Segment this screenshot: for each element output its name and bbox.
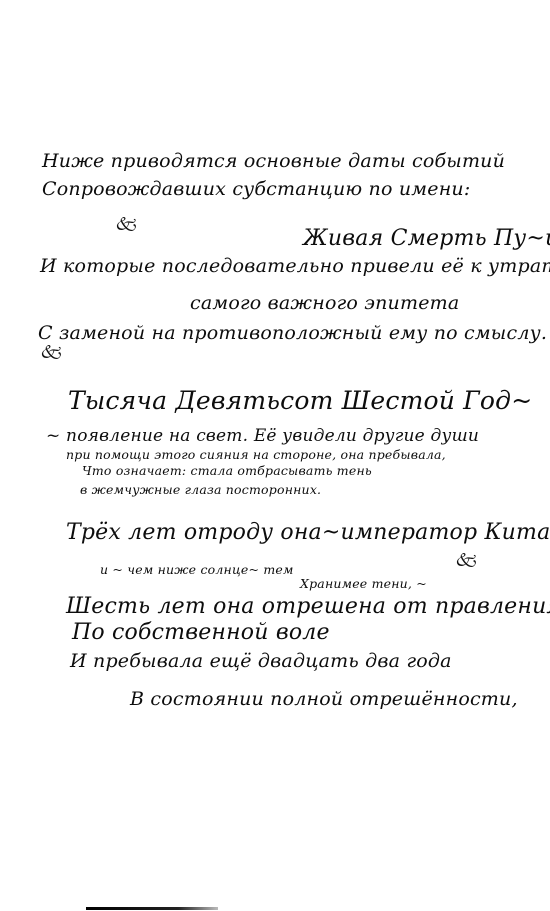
flourish-icon: 🙵 — [455, 548, 478, 578]
line-intro-1: Ниже приводятся основные даты событий — [42, 150, 505, 172]
line-emperor: Трёх лет отроду она~император Китая — [66, 520, 550, 545]
line-detachment: В состоянии полной отрешённости, — [130, 688, 518, 710]
line-six-years: Шесть лет она отрешена от правления — [66, 594, 550, 619]
line-subject-name: Живая Смерть Пу~и — [303, 226, 550, 251]
flourish-icon: 🙵 — [115, 212, 138, 242]
line-intro-5: С заменой на противоположный ему по смыс… — [38, 322, 547, 344]
line-1906-1: ~ появление на свет. Её увидели другие д… — [46, 426, 479, 446]
footer-rule — [86, 907, 218, 910]
line-intro-2: Сопровождавших субстанцию по имени: — [42, 178, 470, 200]
line-own-will: По собственной воле — [72, 620, 330, 645]
line-sun: и ~ чем ниже солнце~ тем — [100, 562, 294, 577]
line-twenty-two: И пребывала ещё двадцать два года — [70, 650, 452, 672]
heading-year-1906: Тысяча Девятьсот Шестой Год~ — [68, 386, 532, 415]
line-1906-4: в жемчужные глаза посторонних. — [80, 482, 321, 497]
line-1906-3: Что означает: стала отбрасывать тень — [82, 463, 372, 478]
flourish-icon: 🙵 — [40, 340, 63, 370]
line-intro-3: И которые последовательно привели её к у… — [40, 255, 550, 277]
manuscript-page: Ниже приводятся основные даты событий Со… — [0, 0, 550, 911]
line-1906-2: при помощи этого сияния на стороне, она … — [66, 447, 446, 462]
line-shadows: Хранимее тени, ~ — [300, 576, 427, 591]
line-intro-4: самого важного эпитета — [190, 292, 459, 314]
